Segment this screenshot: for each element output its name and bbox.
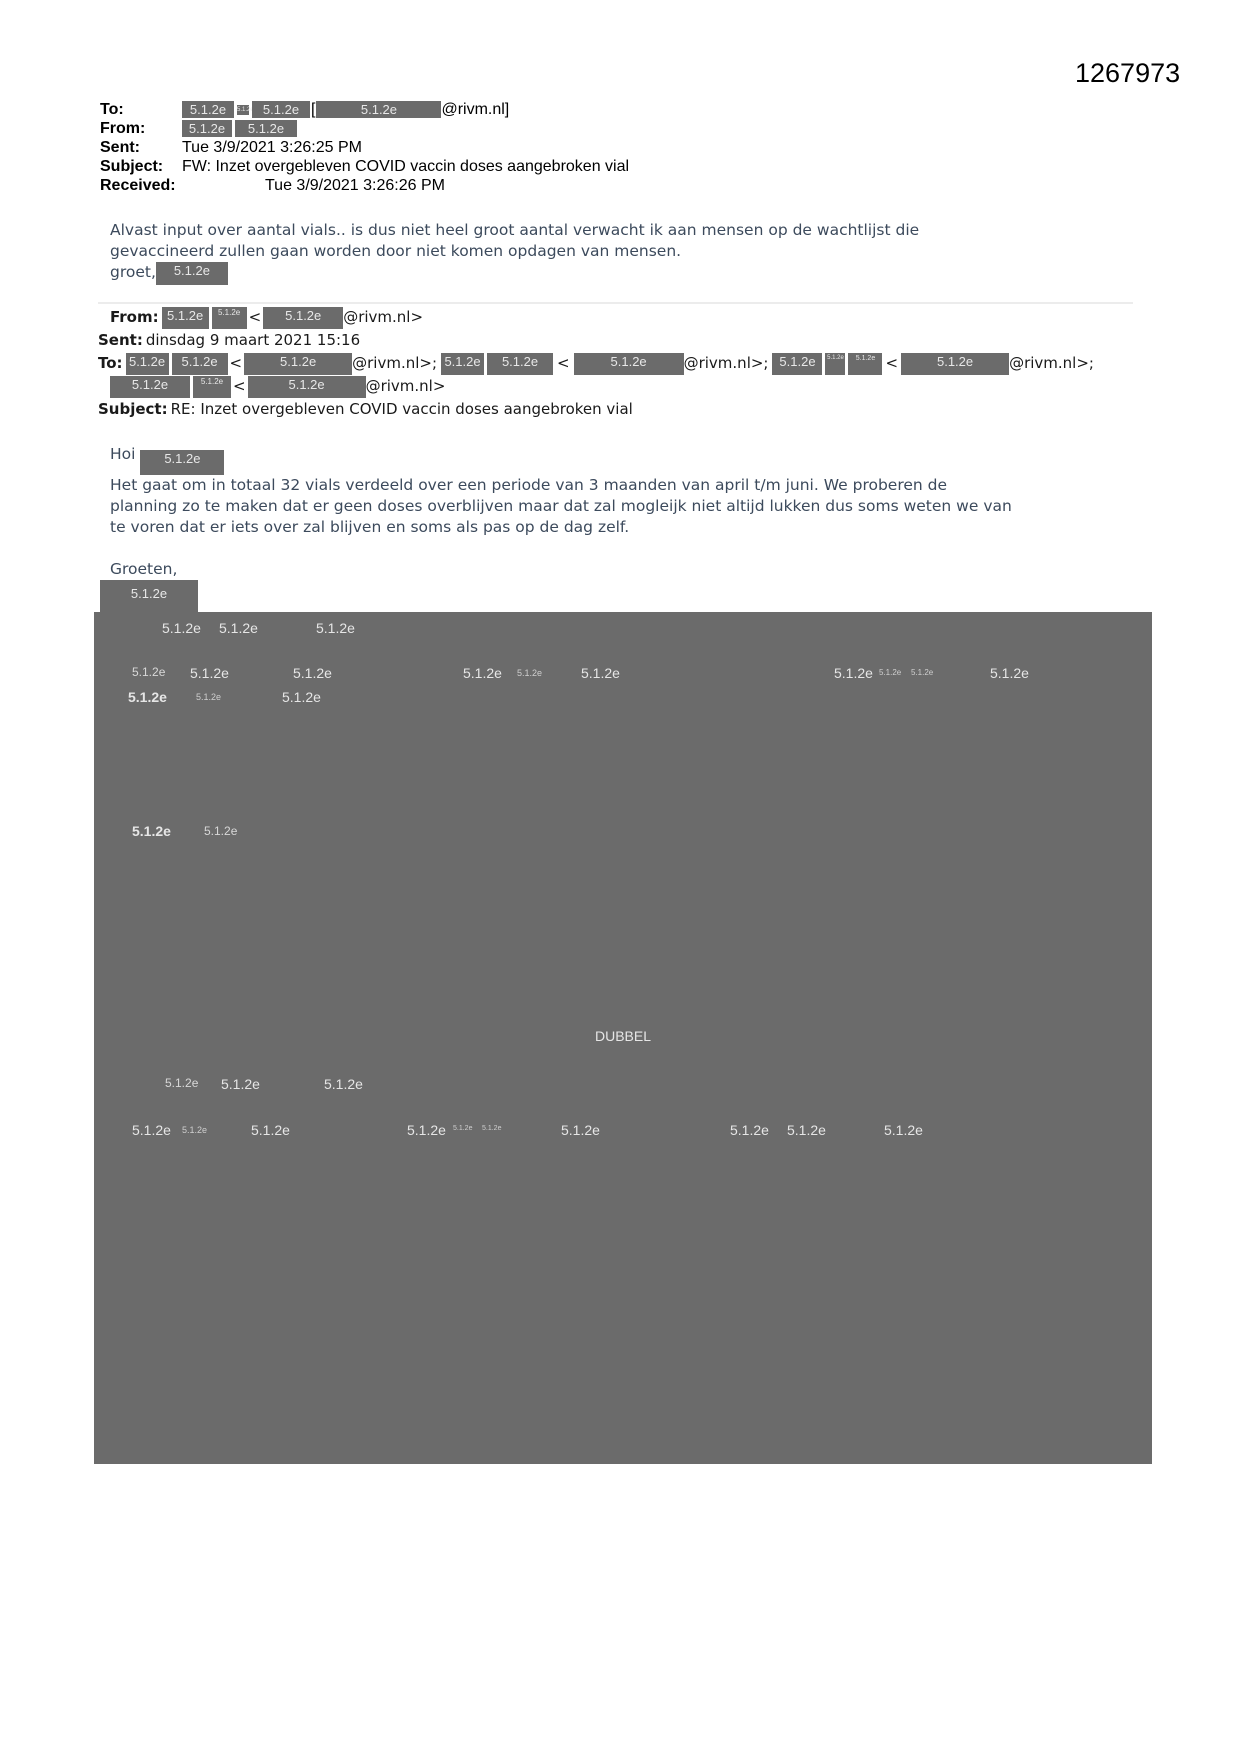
redaction: 5.1.2e	[282, 689, 321, 705]
redaction: 5.1.2e	[901, 353, 1009, 375]
redaction: 5.1.2e	[487, 353, 553, 375]
redacted-block: 5.1.2e 5.1.2e 5.1.2e 5.1.2e 5.1.2e 5.1.2…	[94, 612, 1152, 1464]
separator	[98, 302, 1133, 304]
redaction: 5.1.2e	[212, 307, 247, 329]
redaction: 5.1.2e	[884, 1122, 923, 1138]
redaction: 5.1.2e	[463, 665, 502, 681]
redaction: 5.1.2e	[848, 353, 882, 375]
redaction: 5.1.2e	[772, 353, 822, 375]
redaction: 5.1.2e	[407, 1122, 446, 1138]
redaction: 5.1.2e	[162, 307, 209, 329]
quoted-from-row: From: 5.1.2e 5.1.2e < 5.1.2e @rivm.nl>	[98, 306, 1094, 329]
redaction: 5.1.2e	[244, 353, 352, 375]
message-closing: Groeten,	[110, 559, 1140, 580]
greeting-line: Hoi 5.1.2e	[110, 444, 1140, 475]
sent-label: Sent:	[100, 138, 182, 157]
sent-value: Tue 3/9/2021 3:26:25 PM	[182, 138, 362, 157]
redaction: 5.1.2e	[190, 665, 229, 681]
redaction: 5.1.2e	[162, 620, 201, 636]
to-row: To: 5.1.2e 5.1.2e 5.1.2e [ 5.1.2e @rivm.…	[100, 100, 629, 119]
redaction: 5.1.2e	[561, 1122, 600, 1138]
redaction: 5.1.2e	[219, 620, 258, 636]
redaction: 5.1.2e	[128, 689, 167, 705]
redaction: 5.1.2e	[825, 353, 845, 375]
redaction: 5.1.2e	[182, 101, 234, 118]
received-label: Received:	[100, 176, 265, 195]
subject-value: FW: Inzet overgebleven COVID vaccin dose…	[182, 157, 629, 176]
redaction: 5.1.2e	[251, 1122, 290, 1138]
redaction: 5.1.2e	[132, 823, 171, 839]
redaction: 5.1.2e	[252, 101, 310, 118]
redaction: 5.1.2e	[441, 353, 484, 375]
message-body-2: Hoi 5.1.2e Het gaat om in totaal 32 vial…	[110, 444, 1140, 612]
quoted-sent-value: dinsdag 9 maart 2021 15:16	[146, 329, 360, 352]
quoted-to-label: To:	[98, 352, 123, 375]
redaction: 5.1.2e	[316, 101, 441, 118]
dubbel-label: DUBBEL	[94, 1028, 1152, 1044]
to-email-suffix: @rivm.nl]	[441, 100, 509, 119]
redaction: 5.1.2e	[196, 692, 221, 702]
redaction: 5.1.2e	[132, 1122, 171, 1138]
redaction: 5.1.2e	[316, 620, 355, 636]
redaction: 5.1.2e	[100, 580, 198, 612]
redaction: 5.1.2e	[182, 1125, 207, 1135]
to-label: To:	[100, 100, 182, 119]
message-line: planning zo te maken dat er geen doses o…	[110, 496, 1140, 517]
redaction: 5.1.2e	[204, 824, 237, 838]
redaction: 5.1.2e	[911, 668, 933, 677]
redaction: 5.1.2e	[165, 1076, 198, 1090]
message-line: Het gaat om in totaal 32 vials verdeeld …	[110, 475, 1140, 496]
quoted-email-header: From: 5.1.2e 5.1.2e < 5.1.2e @rivm.nl> S…	[98, 306, 1094, 421]
subject-row: Subject: FW: Inzet overgebleven COVID va…	[100, 157, 629, 176]
sent-row: Sent: Tue 3/9/2021 3:26:25 PM	[100, 138, 629, 157]
quoted-sent-label: Sent:	[98, 329, 143, 352]
redaction: 5.1.2e	[787, 1122, 826, 1138]
message-body-1: Alvast input over aantal vials.. is dus …	[110, 220, 1130, 285]
redaction: 5.1.2e	[221, 1076, 260, 1092]
redaction: 5.1.2e	[193, 376, 231, 398]
redaction: 5.1.2e	[517, 668, 542, 678]
quoted-sent-row: Sent: dinsdag 9 maart 2021 15:16	[98, 329, 1094, 352]
redaction: 5.1.2e	[156, 262, 228, 285]
redaction: 5.1.2e	[574, 353, 684, 375]
from-label: From:	[100, 119, 182, 138]
redaction: 5.1.2e	[182, 120, 232, 137]
redaction: 5.1.2e	[990, 665, 1029, 681]
outer-email-header: To: 5.1.2e 5.1.2e 5.1.2e [ 5.1.2e @rivm.…	[100, 100, 629, 195]
quoted-subject-value: RE: Inzet overgebleven COVID vaccin dose…	[171, 398, 633, 421]
quoted-subject-row: Subject: RE: Inzet overgebleven COVID va…	[98, 398, 1094, 421]
redaction: 5.1.2e	[293, 665, 332, 681]
redaction: 5.1.2e	[879, 668, 901, 677]
redaction: 5.1.2e	[110, 376, 190, 398]
subject-label: Subject:	[100, 157, 182, 176]
received-row: Received: Tue 3/9/2021 3:26:26 PM	[100, 176, 629, 195]
document-id: 1267973	[1075, 58, 1180, 89]
quoted-from-suffix: @rivm.nl>	[343, 306, 423, 329]
message-line: Alvast input over aantal vials.. is dus …	[110, 220, 1130, 241]
redaction: 5.1.2e	[581, 665, 620, 681]
redaction: 5.1.2e	[126, 353, 169, 375]
redaction: 5.1.2e	[263, 307, 343, 329]
received-value: Tue 3/9/2021 3:26:26 PM	[265, 176, 445, 195]
redaction: 5.1.2e	[453, 1125, 472, 1132]
quoted-to-row: To: 5.1.2e 5.1.2e < 5.1.2e @rivm.nl>; 5.…	[98, 352, 1094, 375]
redaction: 5.1.2e	[730, 1122, 769, 1138]
redaction: 5.1.2e	[324, 1076, 363, 1092]
redaction: 5.1.2e	[132, 665, 165, 679]
redaction: 5.1.2e	[172, 353, 228, 375]
redaction: 5.1.2e	[248, 376, 366, 398]
redaction: 5.1.2e	[834, 665, 873, 681]
redaction: 5.1.2e	[235, 120, 297, 137]
message-line: gevaccineerd zullen gaan worden door nie…	[110, 241, 1130, 262]
message-line: te voren dat er iets over zal blijven en…	[110, 517, 1140, 538]
from-row: From: 5.1.2e 5.1.2e	[100, 119, 629, 138]
quoted-subject-label: Subject:	[98, 398, 168, 421]
quoted-from-label: From:	[110, 306, 159, 329]
message-closing: groet,5.1.2e	[110, 262, 1130, 285]
redaction: 5.1.2e	[140, 450, 224, 475]
redaction: 5.1.2e	[237, 105, 249, 115]
redaction: 5.1.2e	[482, 1125, 501, 1132]
quoted-to-row-2: 5.1.2e 5.1.2e < 5.1.2e @rivm.nl>	[98, 375, 1094, 398]
